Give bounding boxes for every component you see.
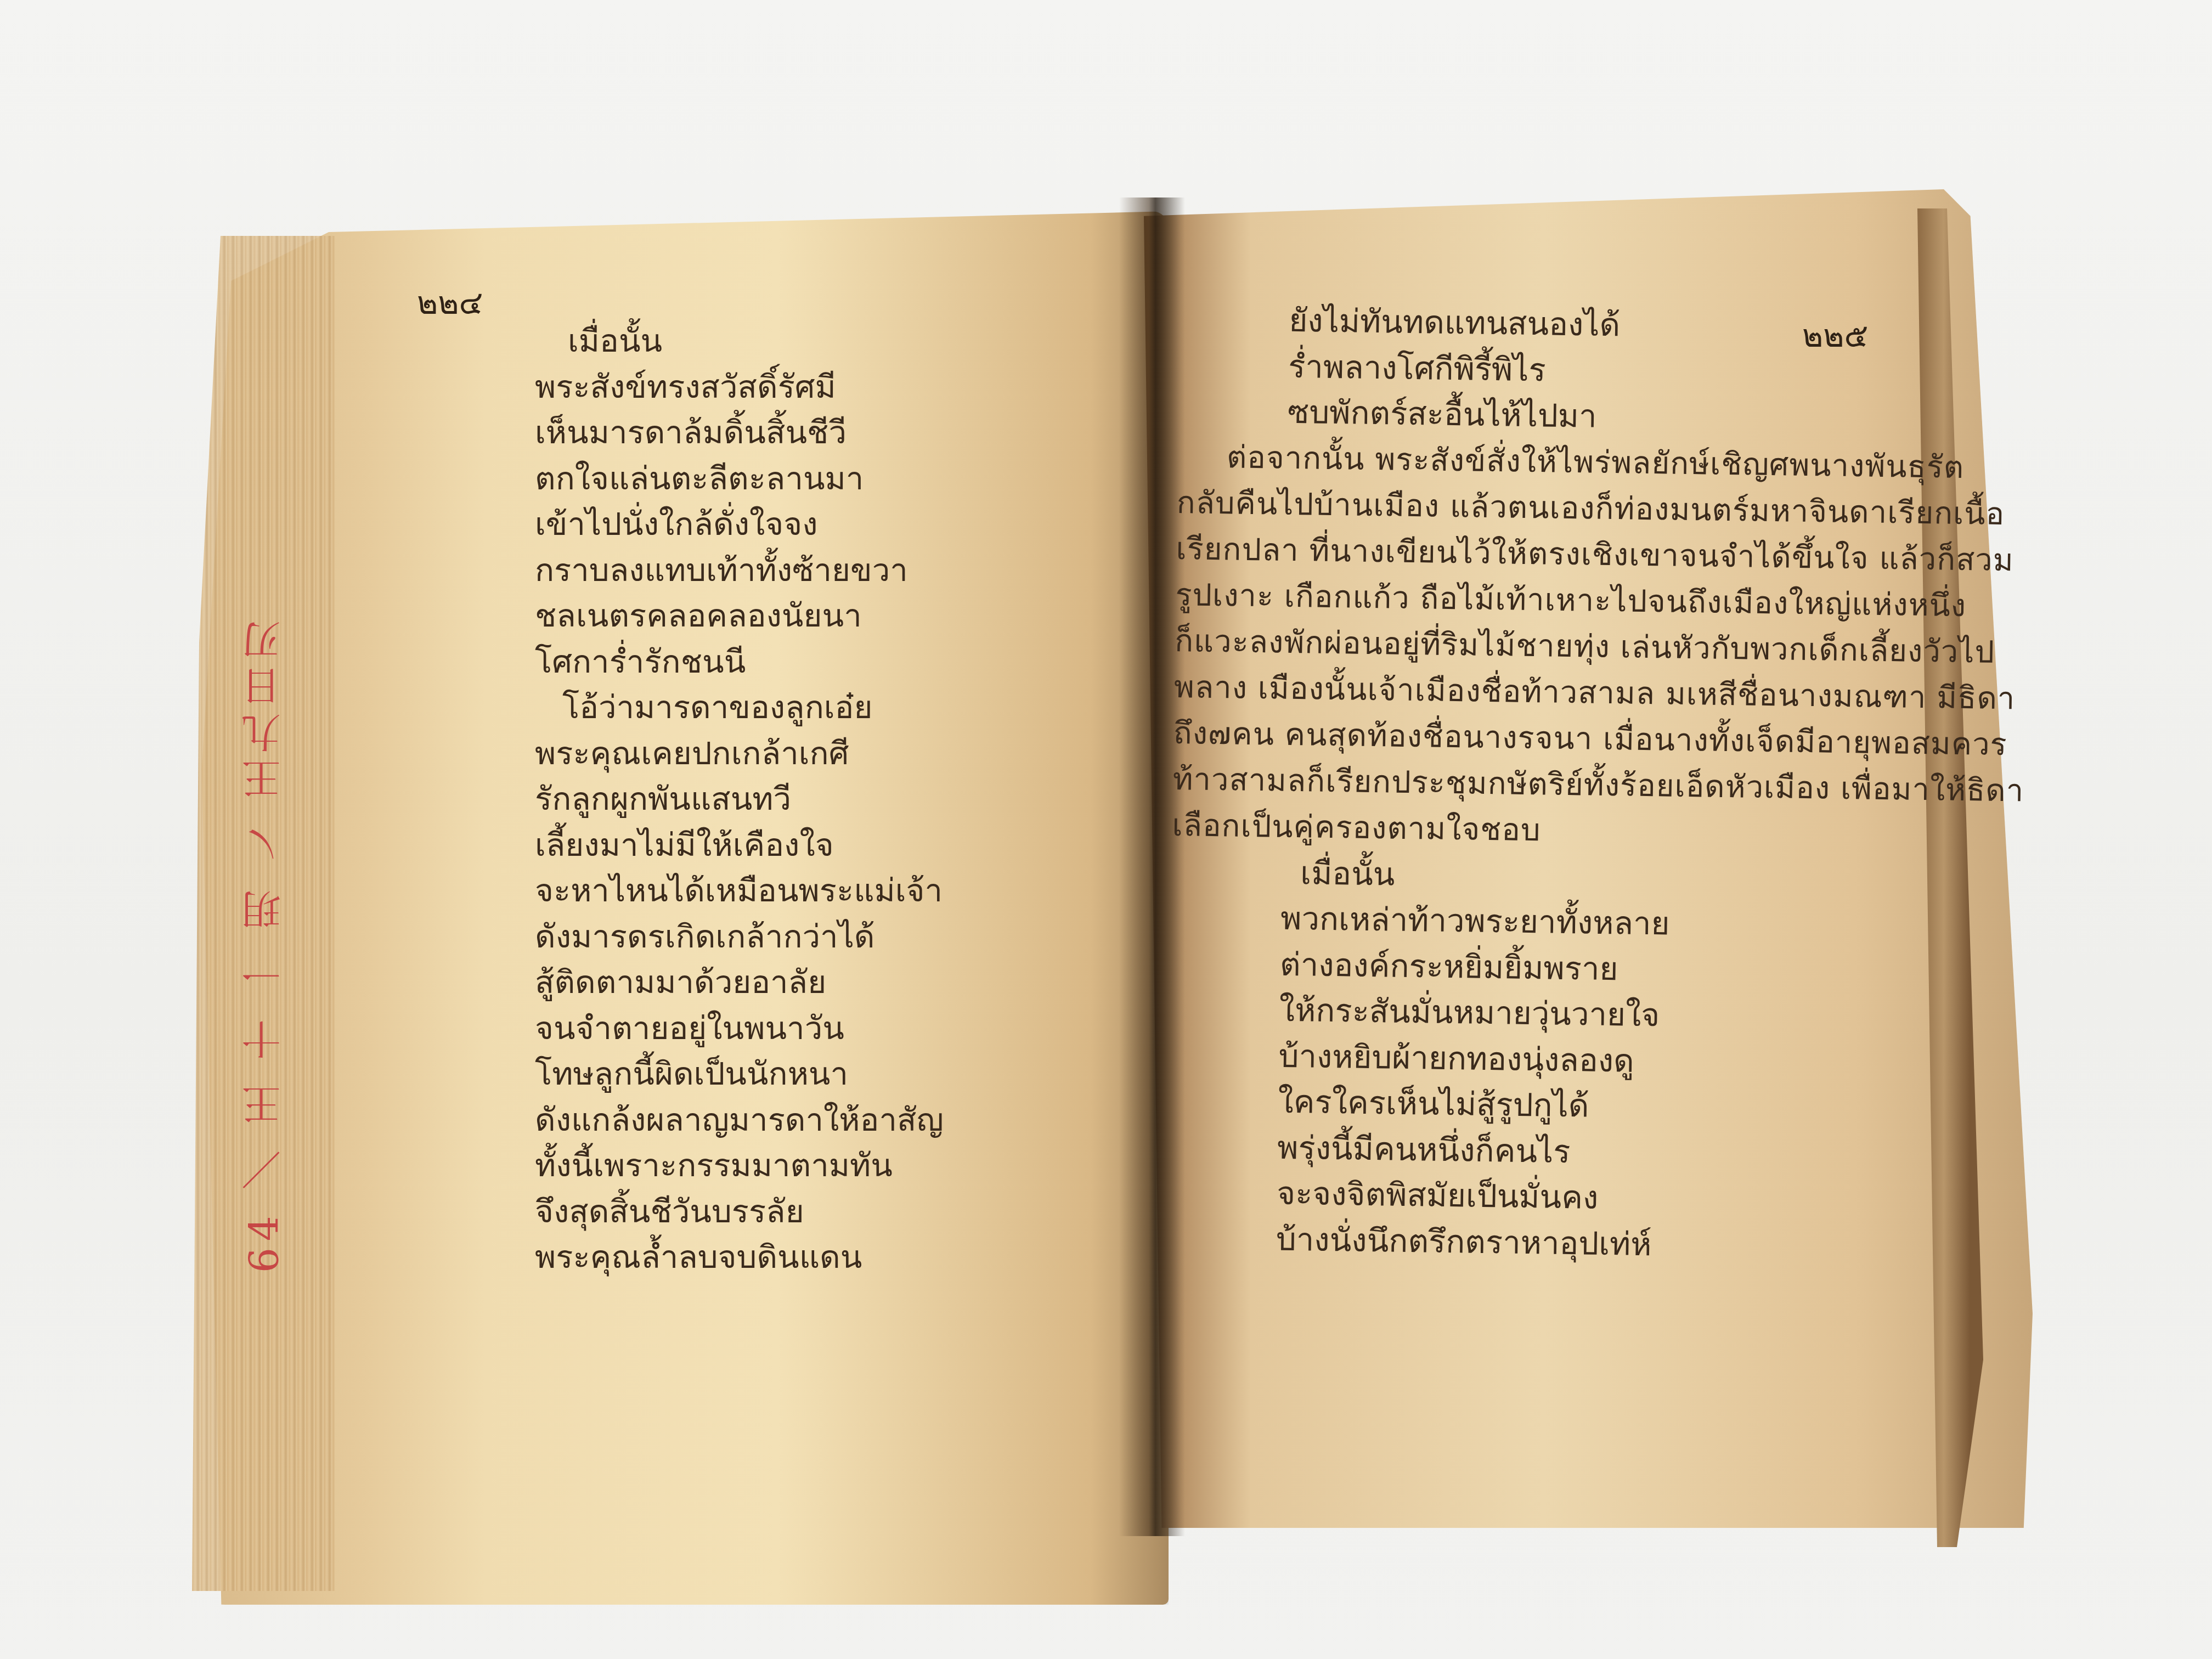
verse-line: จะหาไหนได้เหมือนพระแม่เจ้า — [535, 868, 985, 914]
verse-line: ทั้งนี้เพราะกรรมมาตามทัน — [535, 1143, 985, 1189]
verse-line: พระคุณล้ำลบจบดินแดน — [535, 1234, 985, 1280]
margin-handwriting-red: 64 ／ 王 ⼗ ⼀ 玥 ㇏ 王九日刃 — [236, 417, 302, 1273]
verse-line: โทษลูกนี้ผิดเป็นนักหนา — [535, 1051, 985, 1097]
verse-line: ดังแกล้งผลาญมารดาให้อาสัญ — [535, 1097, 985, 1143]
verse-line: สู้ติดตามมาด้วยอาลัย — [535, 960, 985, 1006]
verse-line: เข้าไปนั่งใกล้ดั่งใจจง — [535, 501, 985, 548]
verse-line: ดังมารดรเกิดเกล้ากว่าได้ — [535, 914, 985, 960]
right-page-text: ยังไม่ทันทดแทนสนองได้ ร่ำพลางโศกีพิรี้พิ… — [1166, 296, 1958, 1272]
left-page-number: ๒๒๔ — [417, 277, 483, 328]
verse-line: เลี้ยงมาไม่มีให้เคืองใจ — [535, 822, 985, 868]
verse-line: รักลูกผูกพันแสนทวี — [535, 776, 985, 822]
verse-line: กราบลงแทบเท้าทั้งซ้ายขวา — [535, 548, 985, 594]
verse-line: โศการ่ำรักชนนี — [535, 639, 985, 685]
verse-line: เห็นมารดาล้มดิ้นสิ้นชีวี — [535, 410, 985, 456]
section-heading: เมื่อนั้น — [535, 318, 985, 364]
stanza-opening-line: โอ้ว่ามารดาของลูกเอ๋ย — [535, 685, 985, 731]
verse-line: พระสังข์ทรงสวัสดิ์รัศมี — [535, 364, 985, 410]
left-page-text: เมื่อนั้น พระสังข์ทรงสวัสดิ์รัศมี เห็นมา… — [535, 318, 985, 1280]
verse-line: จนจำตายอยู่ในพนาวัน — [535, 1006, 985, 1052]
verse-line: พระคุณเคยปกเกล้าเกศี — [535, 731, 985, 777]
verse-line: ชลเนตรคลอคลองนัยนา — [535, 593, 985, 639]
verse-line: ตกใจแล่นตะลีตะลานมา — [535, 456, 985, 502]
verse-line: จึงสุดสิ้นชีวันบรรลัย — [535, 1189, 985, 1235]
prose-paragraph: ต่อจากนั้น พระสังข์สั่งให้ไพร่พลยักษ์เชิ… — [1172, 433, 1956, 859]
